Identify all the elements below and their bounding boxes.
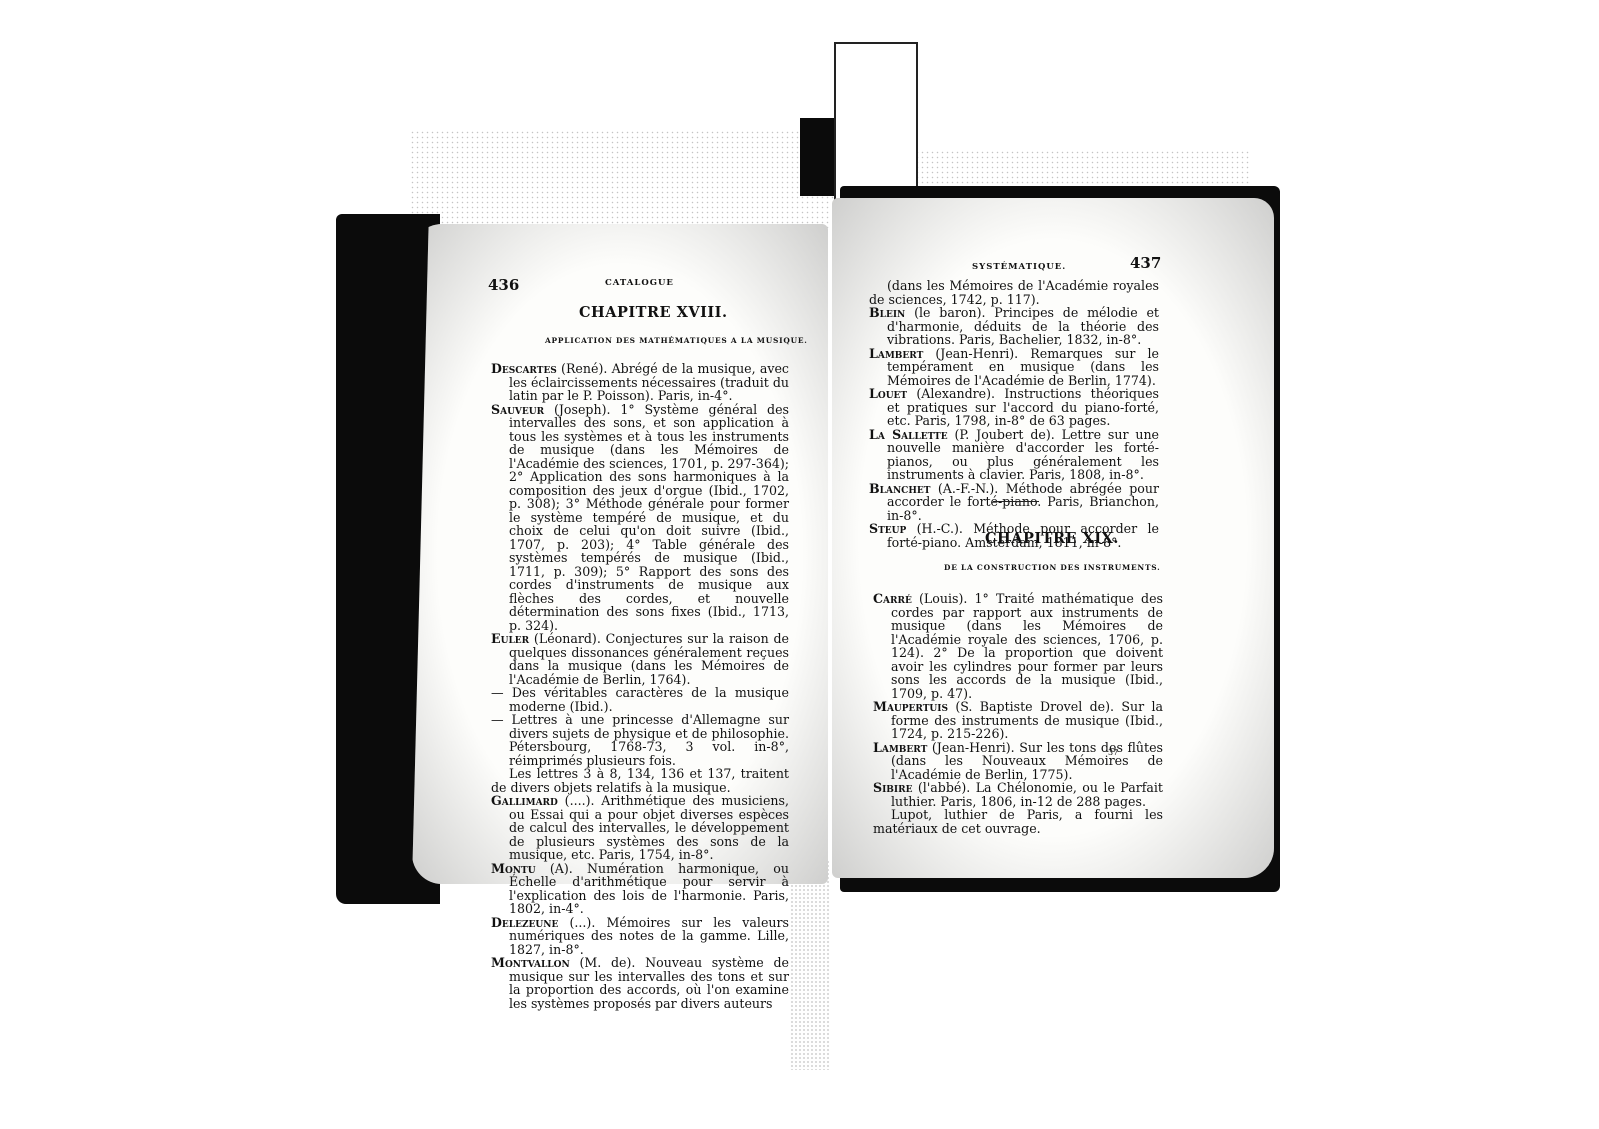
bibliography-entry: La Sallette (P. Joubert de). Lettre sur … [869,428,1159,482]
entry-text: Les lettres 3 à 8, 134, 136 et 137, trai… [491,766,789,795]
bibliography-entry: Les lettres 3 à 8, 134, 136 et 137, trai… [491,767,789,794]
bibliography-entry: Louet (Alexandre). Instructions théoriqu… [869,387,1159,428]
bibliography-entry: Lambert (Jean-Henri). Remarques sur le t… [869,347,1159,388]
entry-text: (Léonard). Conjectures sur la raison de … [509,631,789,687]
bibliography-entry: Euler (Léonard). Conjectures sur la rais… [491,632,789,686]
right-page-number: 437 [1130,254,1161,272]
right-page-body-bottom: Carré (Louis). 1° Traité mathématique de… [873,592,1163,835]
right-page-body-top: (dans les Mémoires de l'Académie royales… [869,279,1159,549]
entry-text: Lupot, luthier de Paris, a fourni les ma… [873,807,1163,836]
bibliography-entry: Maupertuis (S. Baptiste Drovel de). Sur … [873,700,1163,741]
bibliography-entry: — Lettres à une princesse d'Allemagne su… [491,713,789,767]
entry-text: — Des véritables caractères de la musiqu… [491,685,789,714]
left-page-number: 436 [488,276,519,294]
bibliography-entry: Sauveur (Joseph). 1° Système général des… [491,403,789,633]
left-page-body: Descartes (René). Abrégé de la musique, … [491,362,789,1010]
entry-text: (Jean-Henri). Sur les tons des flûtes (d… [891,740,1163,782]
entry-text: (A). Numération harmonique, ou Échelle d… [509,861,789,917]
bibliography-entry: — Des véritables caractères de la musiqu… [491,686,789,713]
bibliography-entry: Sibire (l'abbé). La Chélonomie, ou le Pa… [873,781,1163,808]
bibliography-entry: Montvallon (M. de). Nouveau système de m… [491,956,789,1010]
bibliography-entry: Lupot, luthier de Paris, a fourni les ma… [873,808,1163,835]
entry-text: (le baron). Principes de mélodie et d'ha… [887,305,1159,347]
entry-text: (Louis). 1° Traité mathématique des cord… [891,591,1163,701]
bibliography-entry: (dans les Mémoires de l'Académie royales… [869,279,1159,306]
left-chapter-subtitle: APPLICATION DES MATHÉMATIQUES A LA MUSIQ… [545,336,808,345]
bibliography-entry: Descartes (René). Abrégé de la musique, … [491,362,789,403]
bibliography-entry: Lambert (Jean-Henri). Sur les tons des f… [873,741,1163,782]
entry-text: (l'abbé). La Chélonomie, ou le Parfait l… [891,780,1163,809]
bibliography-entry: Carré (Louis). 1° Traité mathématique de… [873,592,1163,700]
entry-text: (dans les Mémoires de l'Académie royales… [869,278,1159,307]
right-running-head: SYSTÉMATIQUE. [972,262,1066,272]
bookmark-tab [834,42,918,202]
bibliography-entry: Montu (A). Numération harmonique, ou Éch… [491,862,789,916]
section-divider [993,501,1039,502]
left-running-head: CATALOGUE [605,278,674,288]
scan-noise [410,130,830,230]
entry-text: — Lettres à une princesse d'Allemagne su… [491,712,789,768]
entry-text: (Alexandre). Instructions théoriques et … [887,386,1159,428]
right-chapter-subtitle: DE LA CONSTRUCTION DES INSTRUMENTS. [944,563,1161,572]
entry-text: (Jean-Henri). Remarques sur le tempérame… [887,346,1159,388]
left-chapter-title: CHAPITRE XVIII. [579,304,728,321]
entry-text: (Joseph). 1° Système général des interva… [509,402,789,633]
bibliography-entry: Delezeune (...). Mémoires sur les valeur… [491,916,789,957]
bibliography-entry: Gallimard (....). Arithmétique des music… [491,794,789,862]
bookmark-ribbon [790,860,830,1070]
book-tab-shadow [800,118,836,196]
bibliography-entry: Blein (le baron). Principes de mélodie e… [869,306,1159,347]
signature-mark: 37 [1108,748,1118,757]
right-chapter-title: CHAPITRE XIX. [985,530,1119,547]
